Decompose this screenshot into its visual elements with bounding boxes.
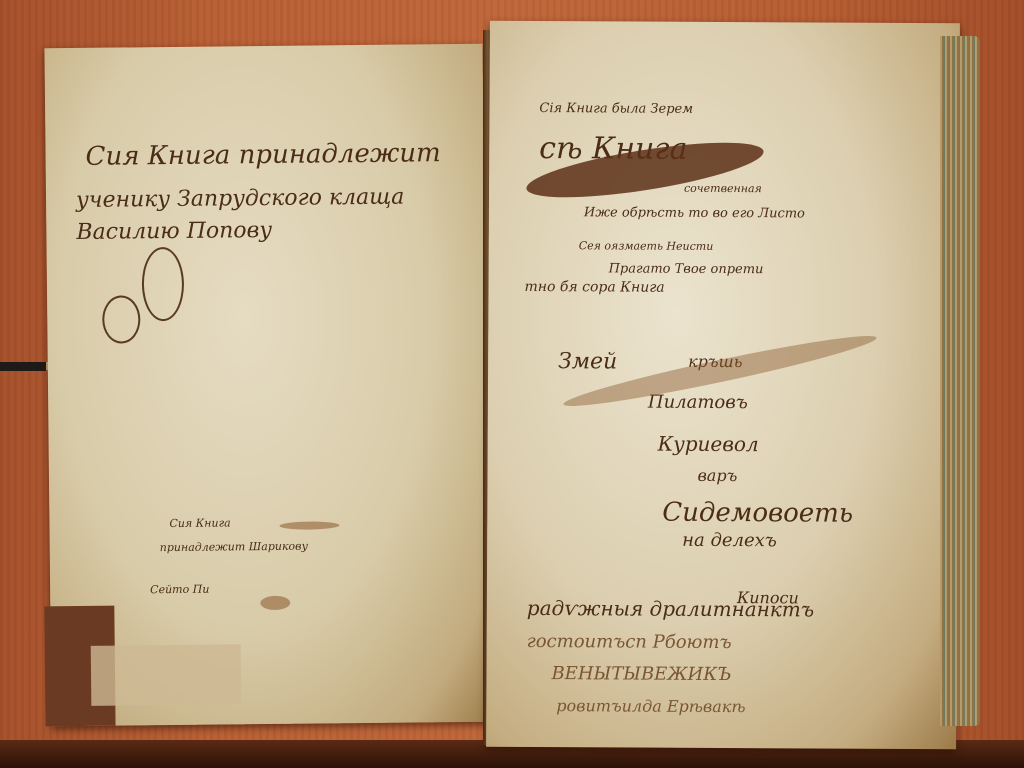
text-line: сочетвенная [684,182,762,195]
text-line: Куриевол [658,432,759,457]
text-line: Змей [558,349,617,374]
text-line: Пилатовъ [648,392,748,414]
text-line: Сея оязмаеть Неисти [579,239,714,253]
text-line: ровитъилда Ерѣвакѣ [556,696,745,716]
text-line: тно бя сора Книга [524,279,664,296]
text-line: ВЕНЫТЫВЕЖИКЪ [551,663,731,685]
stain [279,521,339,530]
text-line: Иже обрѣсть то во его Листо [584,205,805,221]
text-line: гостоитъсп Рбоютъ [527,631,732,653]
text-line: Сидемовоеть [662,498,853,529]
text-line: Прагато Твое опрети [609,261,764,277]
inscription-line: ученику Запрудского клаща [76,185,405,213]
worn-patch [91,644,242,706]
left-page: Сия Книга принадлежит ученику Запрудског… [44,44,489,727]
inscription-line: Сия Книга принадлежит [85,138,440,172]
inscription-line: Василию Попову [76,218,272,245]
note-line: Сейто Пи [150,583,209,597]
text-line: Кипоси [737,588,799,607]
page-block-edge [940,36,980,726]
note-line: принадлежит Шарикову [160,540,308,555]
seal-stamp [142,247,185,321]
stain [260,596,290,610]
seal-stamp [102,295,141,343]
pencil-body [0,362,46,371]
note-line: Сия Книга [169,516,230,530]
right-page: Сія Книга была Зерем сѣ Книга сочетвенна… [486,21,960,749]
text-line: варъ [697,466,737,485]
text-line: на делехъ [682,530,777,551]
text-line: Сія Книга была Зерем [539,101,693,117]
